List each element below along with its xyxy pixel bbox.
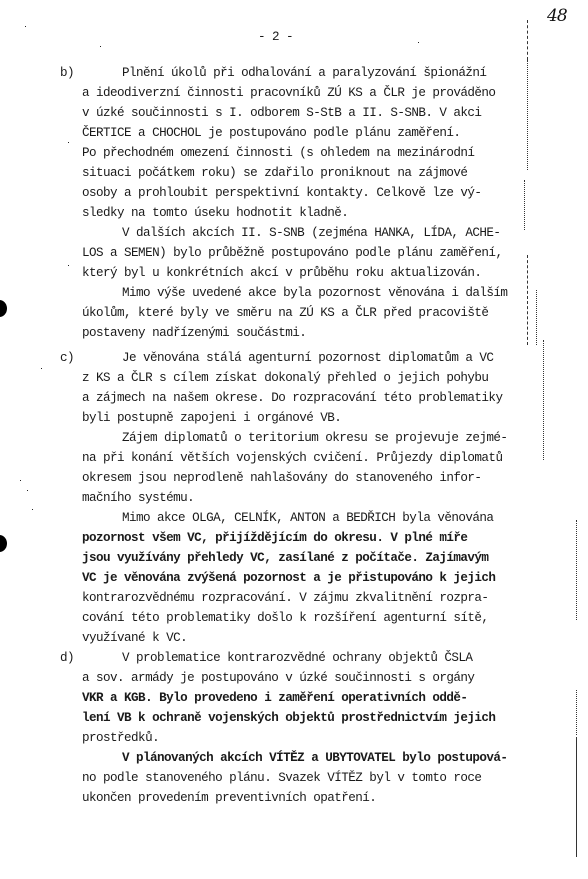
section-label: b)	[60, 66, 74, 81]
text-line: Po přechodném omezení činnosti (s ohlede…	[82, 146, 474, 161]
text-line: situaci počátkem roku) se zdařilo pronik…	[82, 166, 467, 181]
text-line: lení VB k ochraně vojenských objektů pro…	[82, 711, 495, 726]
text-line: byli postupně zapojeni i orgánové VB.	[82, 411, 341, 426]
section-label: d)	[60, 651, 74, 666]
text-line: LOS a SEMEN) bylo průběžně postupováno p…	[82, 246, 502, 261]
text-line: V dalších akcích II. S-SNB (zejména HANK…	[122, 226, 500, 241]
text-line: mačního systému.	[82, 491, 194, 506]
margin-mark	[527, 20, 528, 60]
margin-mark	[576, 737, 577, 857]
text-line: V problematice kontrarozvědné ochrany ob…	[122, 651, 472, 666]
page-number: - 2 -	[258, 30, 293, 45]
text-line: VKR a KGB. Bylo provedeno i zaměření ope…	[82, 691, 467, 706]
text-line: VC je věnována zvýšená pozornost a je př…	[82, 571, 495, 586]
margin-mark	[527, 60, 528, 170]
text-line: a zájmech na našem okrese. Do rozpracová…	[82, 391, 502, 406]
text-line: a ideodiverzní činnosti pracovníků ZÚ KS…	[82, 86, 495, 101]
text-line: v úzké součinnosti s I. odborem S-StB a …	[82, 106, 481, 121]
text-line: Zájem diplomatů o teritorium okresu se p…	[122, 431, 507, 446]
text-line: z KS a ČLR s cílem získat dokonalý přehl…	[82, 371, 488, 386]
text-line: okresem jsou neprodleně nahlašovány do s…	[82, 471, 481, 486]
margin-mark	[527, 255, 528, 345]
text-line: Je věnována stálá agenturní pozornost di…	[122, 351, 493, 366]
text-line: no podle stanoveného plánu. Svazek VÍTĚZ…	[82, 771, 481, 786]
text-line: prostředků.	[82, 731, 159, 746]
punch-hole	[0, 535, 7, 552]
text-line: a sov. armády je postupováno v úzké souč…	[82, 671, 474, 686]
text-line: Mimo výše uvedené akce byla pozornost vě…	[122, 286, 507, 301]
text-line: využívané k VC.	[82, 631, 187, 646]
margin-mark	[576, 690, 577, 735]
text-line: úkolům, které byly ve směru na ZÚ KS a Č…	[82, 306, 488, 321]
punch-hole	[0, 300, 7, 317]
text-line: na při konání větších vojenských cvičení…	[82, 451, 502, 466]
text-line: osoby a prohloubit perspektivní kontakty…	[82, 186, 481, 201]
section-label: c)	[60, 351, 74, 366]
text-line: cování této problematiky došlo k rozšíře…	[82, 611, 488, 626]
text-line: sledky na tomto úseku hodnotit kladně.	[82, 206, 348, 221]
margin-mark	[524, 180, 525, 230]
margin-mark	[576, 520, 577, 620]
text-line: postaveny nadřízenými součástmi.	[82, 326, 306, 341]
text-line: ukončen provedením preventivních opatřen…	[82, 791, 376, 806]
text-line: kontrarozvědnému rozpracování. V zájmu z…	[82, 591, 488, 606]
text-line: Mimo akce OLGA, CELNÍK, ANTON a BEDŘICH …	[122, 511, 493, 526]
text-line: V plánovaných akcích VÍTĚZ a UBYTOVATEL …	[122, 751, 507, 766]
margin-mark	[536, 290, 537, 345]
text-line: Plnění úkolů při odhalování a paralyzová…	[122, 66, 486, 81]
text-line: jsou využívány přehledy VC, zasílané z p…	[82, 551, 488, 566]
margin-mark	[543, 340, 544, 460]
text-line: ČERTICE a CHOCHOL je postupováno podle p…	[82, 126, 460, 141]
text-line: který byl u konkrétních akcí v průběhu r…	[82, 266, 481, 281]
text-line: pozornost všem VC, přijíždějícím do okre…	[82, 531, 467, 546]
handwritten-folio-number: 48	[547, 6, 567, 26]
scanned-document-page: - 2 - 48 b)Plnění úkolů při odhalování a…	[0, 0, 588, 879]
